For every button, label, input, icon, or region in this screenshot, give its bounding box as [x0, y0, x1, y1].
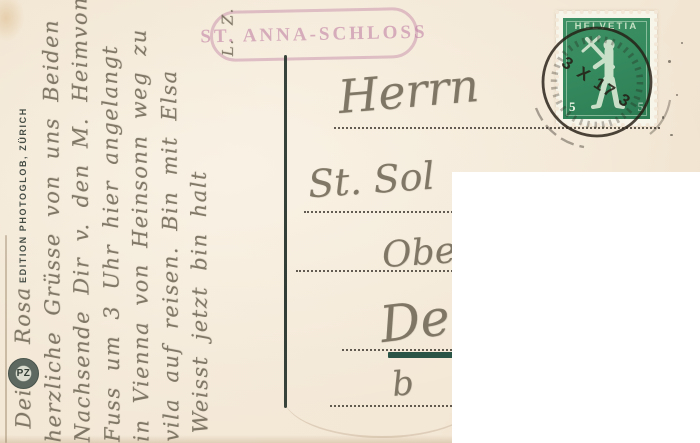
card-left-edge: [5, 235, 7, 443]
address-line-4: De: [377, 288, 453, 354]
message-line: in Vienna von Heinsonn weg zu: [124, 0, 157, 442]
message-line: Fuss um 3 Uhr hier angelangt: [95, 0, 128, 442]
message-line: L. Z.: [213, 0, 246, 441]
address-rule-5: [330, 405, 460, 407]
handwritten-message: Deine Rosa herzliche Grüsse von uns Beid…: [6, 0, 245, 443]
redaction-bar: [388, 352, 460, 358]
postmark: 3 X 17 3: [532, 16, 682, 151]
postmark-date: 3 X 17 3: [558, 53, 635, 112]
address-salutation: Herrn: [336, 58, 481, 124]
divider-line: [284, 55, 287, 408]
postcard-scan: St. Anna-Schloss Deine Rosa herzliche Gr…: [0, 0, 700, 443]
publisher-logo: PZ: [8, 358, 39, 389]
message-line: Weisst jetzt bin halt: [183, 0, 216, 442]
address-line-5: b: [390, 363, 415, 405]
publisher-imprint-text: EDITION PHOTOGLOB, ZÜRICH: [18, 107, 28, 283]
message-line: vila auf reisen. Bin mit Elsa: [154, 0, 187, 442]
publisher-monogram: PZ: [17, 368, 31, 379]
white-mask: [452, 172, 700, 443]
message-line: herzliche Grüsse von uns Beiden: [36, 0, 69, 443]
message-line: Nachsende Dir v. den M. Heimvon: [65, 0, 98, 442]
publisher-imprint: EDITION PHOTOGLOB, ZÜRICH: [13, 117, 27, 283]
address-line-2: St. Sol: [307, 154, 436, 207]
address-rule-2: [304, 211, 460, 213]
